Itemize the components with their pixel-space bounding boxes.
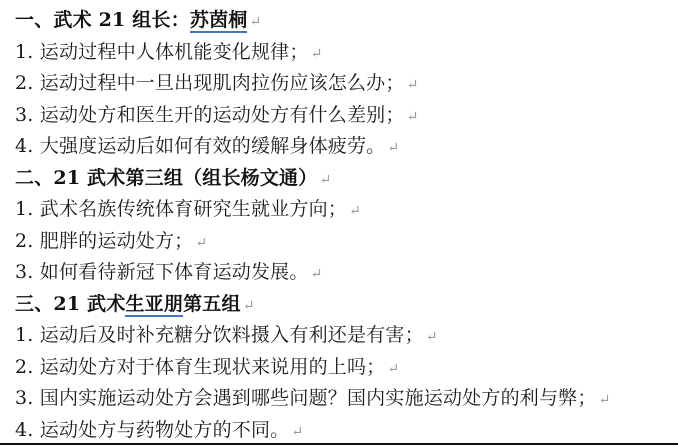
section-heading-2[interactable]: 二、21 武术第三组（组长杨文通）↵ (15, 163, 678, 195)
list-item[interactable]: 2. 运动处方对于体育生现状来说用的上吗；↵ (15, 352, 678, 384)
list-item[interactable]: 2. 运动过程中一旦出现肌肉拉伤应该怎么办；↵ (15, 68, 678, 100)
paragraph-mark-icon: ↵ (195, 235, 207, 251)
bottom-border-line (0, 443, 678, 445)
heading-text: 一、武术 21 组长： (15, 9, 190, 31)
spellcheck-underlined-name[interactable]: 苏茵桐 (190, 9, 248, 33)
list-item[interactable]: 1. 运动过程中人体机能变化规律；↵ (15, 37, 678, 69)
list-item-text: 4. 大强度运动后如何有效的缓解身体疲劳。 (15, 135, 385, 157)
section-heading-1[interactable]: 一、武术 21 组长：苏茵桐↵ (15, 5, 678, 37)
heading-text-suffix: 第五组 (183, 293, 241, 315)
heading-text: 二、21 武术第三组（组长杨文通） (15, 167, 317, 189)
list-item-text: 1. 运动过程中人体机能变化规律； (15, 41, 309, 63)
list-item[interactable]: 4. 运动处方与药物处方的不同。↵ (15, 415, 678, 447)
paragraph-mark-icon: ↵ (387, 361, 399, 377)
paragraph-mark-icon: ↵ (311, 46, 323, 62)
list-item-text: 2. 肥胖的运动处方； (15, 230, 193, 252)
paragraph-mark-icon: ↵ (387, 140, 399, 156)
paragraph-mark-icon: ↵ (291, 424, 303, 440)
heading-text: 三、21 武术 (15, 293, 125, 315)
list-item-text: 1. 运动后及时补充糖分饮料摄入有利还是有害； (15, 324, 424, 346)
list-item-text: 3. 国内实施运动处方会遇到哪些问题？国内实施运动处方的利与弊； (15, 387, 597, 409)
list-item[interactable]: 3. 运动处方和医生开的运动处方有什么差别；↵ (15, 100, 678, 132)
list-item[interactable]: 1. 运动后及时补充糖分饮料摄入有利还是有害；↵ (15, 320, 678, 352)
paragraph-mark-icon: ↵ (249, 14, 261, 30)
list-item[interactable]: 1. 武术名族传统体育研究生就业方向；↵ (15, 194, 678, 226)
list-item-text: 3. 运动处方和医生开的运动处方有什么差别； (15, 104, 405, 126)
list-item[interactable]: 3. 国内实施运动处方会遇到哪些问题？国内实施运动处方的利与弊；↵ (15, 383, 678, 415)
paragraph-mark-icon: ↵ (407, 109, 419, 125)
list-item-text: 2. 运动过程中一旦出现肌肉拉伤应该怎么办； (15, 72, 405, 94)
paragraph-mark-icon: ↵ (243, 298, 255, 314)
list-item-text: 2. 运动处方对于体育生现状来说用的上吗； (15, 356, 385, 378)
paragraph-mark-icon: ↵ (349, 203, 361, 219)
paragraph-mark-icon: ↵ (311, 266, 323, 282)
document-body: 一、武术 21 组长：苏茵桐↵ 1. 运动过程中人体机能变化规律；↵ 2. 运动… (15, 5, 678, 446)
paragraph-mark-icon: ↵ (426, 329, 438, 345)
list-item[interactable]: 3. 如何看待新冠下体育运动发展。↵ (15, 257, 678, 289)
list-item-text: 1. 武术名族传统体育研究生就业方向； (15, 198, 347, 220)
paragraph-mark-icon: ↵ (319, 172, 331, 188)
paragraph-mark-icon: ↵ (407, 77, 419, 93)
section-heading-3[interactable]: 三、21 武术生亚朋第五组↵ (15, 289, 678, 321)
list-item-text: 3. 如何看待新冠下体育运动发展。 (15, 261, 309, 283)
list-item[interactable]: 4. 大强度运动后如何有效的缓解身体疲劳。↵ (15, 131, 678, 163)
spellcheck-underlined-name[interactable]: 生亚朋 (125, 293, 183, 317)
list-item[interactable]: 2. 肥胖的运动处方；↵ (15, 226, 678, 258)
paragraph-mark-icon: ↵ (599, 392, 611, 408)
list-item-text: 4. 运动处方与药物处方的不同。 (15, 419, 289, 441)
